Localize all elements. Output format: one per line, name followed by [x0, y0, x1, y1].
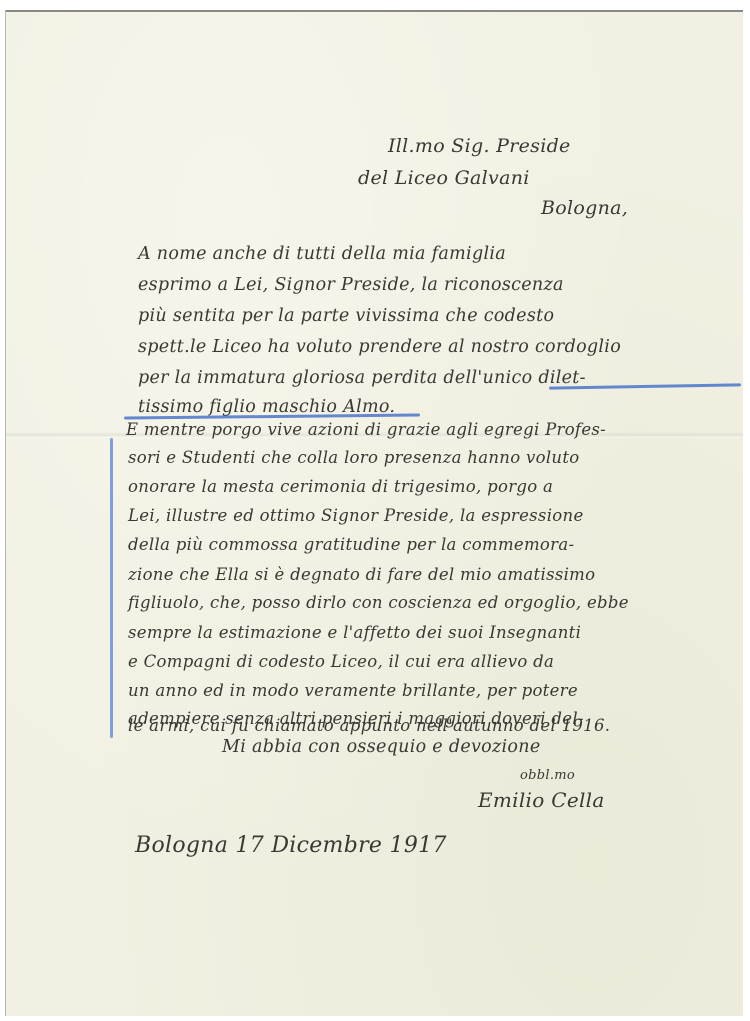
- paragraph2-last-line: le armi, cui fu chiamato appunto nell'au…: [128, 716, 610, 735]
- paragraph2-line: della più commossa gratitudine per la co…: [128, 535, 574, 554]
- address-line-1: Ill.mo Sig. Preside: [388, 135, 571, 157]
- address-line-2: del Liceo Galvani: [358, 167, 530, 189]
- paragraph1-line: A nome anche di tutti della mia famiglia: [138, 244, 506, 264]
- paragraph1-line: esprimo a Lei, Signor Preside, la ricono…: [138, 275, 564, 295]
- paragraph2-line: onorare la mesta cerimonia di trigesimo,…: [128, 477, 553, 496]
- blue-margin-line: [110, 438, 113, 738]
- paragraph2-line: sempre la estimazione e l'affetto dei su…: [128, 623, 581, 642]
- paragraph2-line: sori e Studenti che colla loro presenza …: [128, 448, 580, 467]
- paragraph2-line: E mentre porgo vive azioni di grazie agl…: [126, 420, 606, 439]
- paragraph1-line: spett.le Liceo ha voluto prendere al nos…: [138, 337, 621, 357]
- paragraph2-line: e Compagni di codesto Liceo, il cui era …: [128, 652, 554, 671]
- paragraph1-line: più sentita per la parte vivissima che c…: [138, 306, 554, 326]
- paragraph2-line: Lei, illustre ed ottimo Signor Preside, …: [128, 506, 584, 525]
- paragraph1-line: per la immatura gloriosa perdita dell'un…: [138, 368, 586, 388]
- paragraph2-line: un anno ed in modo veramente brillante, …: [128, 681, 578, 700]
- letter-page: Ill.mo Sig. Preside del Liceo Galvani Bo…: [6, 10, 743, 1016]
- signature-name: Emilio Cella: [478, 788, 605, 812]
- paragraph2-line: figliuolo, che, posso dirlo con coscienz…: [128, 593, 629, 612]
- address-line-3: Bologna,: [541, 197, 628, 219]
- paragraph2-line: zione che Ella si è degnato di fare del …: [128, 565, 595, 584]
- signature-prefix: obbl.mo: [520, 768, 575, 783]
- dateline: Bologna 17 Dicembre 1917: [135, 833, 447, 858]
- closing-line: Mi abbia con ossequio e devozione: [222, 737, 540, 757]
